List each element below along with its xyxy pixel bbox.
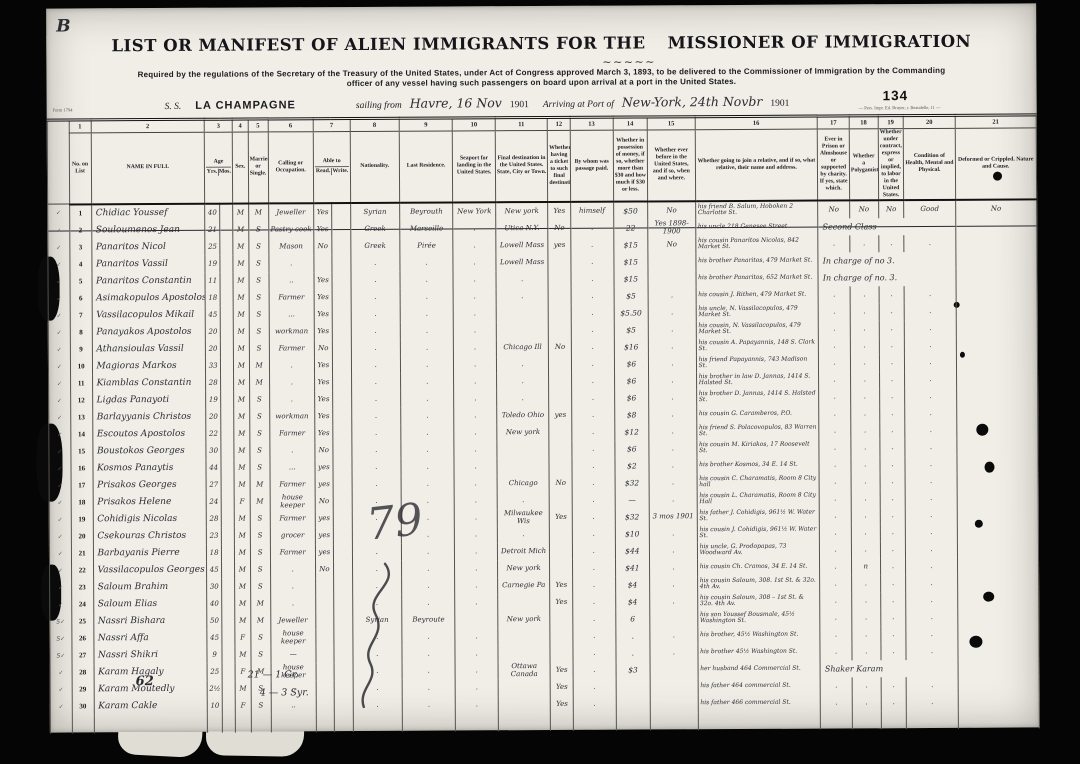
cell-nationality: . xyxy=(351,441,401,458)
cell-married: M xyxy=(250,595,270,612)
cell-polygamist: . xyxy=(852,609,881,626)
cell-polygamist: . xyxy=(851,456,880,473)
row-check-mark: ✓ xyxy=(49,545,71,562)
cell-read: Yes xyxy=(314,221,332,238)
cell-destination xyxy=(496,305,548,322)
cell-polygamist: . xyxy=(852,592,881,609)
cell-before_us xyxy=(650,678,698,695)
cell-before_us: . xyxy=(648,304,696,321)
cell-sex: M xyxy=(234,459,250,476)
cell-no: 6 xyxy=(70,290,92,307)
cell-before_us: . xyxy=(649,457,697,474)
cell-polygamist: . xyxy=(850,235,879,252)
cell-contract: . xyxy=(881,643,907,660)
cell-married: S xyxy=(250,527,270,544)
cell-deformed xyxy=(956,404,1037,421)
column-subheader: Yrs. xyxy=(206,169,218,176)
column-header-contract: Whether under contract, express or impli… xyxy=(878,129,904,200)
cell-seaport: . xyxy=(455,594,498,611)
cell-mos xyxy=(220,289,233,306)
cell-calling: . xyxy=(269,374,315,391)
sailing-from-label: sailing from xyxy=(356,101,402,111)
cell-married: S xyxy=(249,238,269,255)
cell-sex: F xyxy=(235,697,251,714)
cell-seaport: . xyxy=(454,305,497,322)
cell-no: 22 xyxy=(71,562,93,579)
cell-money: $5.50 xyxy=(614,304,649,321)
cell-deformed xyxy=(956,302,1037,319)
cell-contract: . xyxy=(880,575,906,592)
column-number: 18 xyxy=(849,116,878,129)
cell-seaport: . xyxy=(455,560,498,577)
cell-sex: M xyxy=(233,374,249,391)
cell-relative: his son Youssef Bousmale, 45½ Washington… xyxy=(697,609,820,627)
cell-paid_by: . xyxy=(572,491,615,508)
cell-name: Saloum Brahim xyxy=(93,578,207,596)
cell-sex: M xyxy=(235,646,251,663)
row-check-mark: ✓ xyxy=(48,341,70,358)
cell-paid_by: . xyxy=(572,542,615,559)
cell-no: 1 xyxy=(69,204,91,222)
cell-before_us: . xyxy=(649,355,697,372)
cell-calling: .. xyxy=(268,272,314,289)
cell-residence: . xyxy=(401,441,454,458)
cell-residence: . xyxy=(400,305,453,322)
cell-ticket xyxy=(549,423,572,440)
cell-before_us xyxy=(648,270,696,287)
cell-health: Good xyxy=(904,199,956,217)
cell-nationality: . xyxy=(351,322,401,339)
cell-destination: Lowell Mass xyxy=(496,254,548,271)
cell-destination: New york xyxy=(496,202,548,220)
cell-money: $5 xyxy=(614,321,649,338)
cell-mos xyxy=(222,561,235,578)
cell-destination: . xyxy=(496,288,548,305)
cell-destination: . xyxy=(497,491,549,508)
cell-paid_by: . xyxy=(573,627,616,644)
cell-sex: M xyxy=(233,340,249,357)
cell-read xyxy=(316,663,334,680)
cell-yrs: 40 xyxy=(205,203,220,221)
row-check-mark: ✓ xyxy=(48,324,70,341)
cell-relative: his brother 45½ Washington St. xyxy=(698,643,821,661)
cell-read: yes xyxy=(315,476,333,493)
cell-calling: Jeweller xyxy=(270,612,316,629)
cell-deformed xyxy=(958,659,1039,676)
cell-ticket: yes xyxy=(548,236,571,253)
cell-relative: his cousin J. Rithen, 479 Market St. xyxy=(696,286,819,304)
cell-sex: F xyxy=(235,629,251,646)
cell-name: Nassri Affa xyxy=(93,629,207,647)
cell-yrs: 45 xyxy=(207,561,222,578)
cell-destination: . xyxy=(497,525,549,542)
cell-health: . xyxy=(905,489,957,506)
cell-prison: . xyxy=(819,473,851,490)
cell-ticket: No xyxy=(549,474,572,491)
cell-seaport: . xyxy=(455,492,498,509)
cell-no: 24 xyxy=(71,596,93,613)
cell-prison: . xyxy=(819,354,851,371)
cell-read: Yes xyxy=(314,306,332,323)
cell-ticket: Yes xyxy=(548,201,571,219)
cell-contract: . xyxy=(880,592,906,609)
cell-money: — xyxy=(615,491,650,508)
cell-polygamist: . xyxy=(851,524,880,541)
row-check-mark: ✓ xyxy=(48,204,70,222)
cell-destination xyxy=(498,695,550,712)
cell-before_us: . xyxy=(649,491,697,508)
cell-nationality: Syrian xyxy=(350,202,400,220)
cell-deformed xyxy=(957,489,1038,506)
row-check-mark: ✓ xyxy=(49,426,71,443)
cell-prison: . xyxy=(820,626,852,643)
column-header-relative: Whether going to join a relative, and if… xyxy=(695,129,818,201)
cell-before_us: . xyxy=(650,627,698,644)
cell-sex: M xyxy=(234,561,250,578)
cell-money: $10 xyxy=(615,525,650,542)
cell-no: 9 xyxy=(70,341,92,358)
cell-money: $44 xyxy=(615,542,650,559)
cell-married: S xyxy=(249,323,269,340)
cell-contract: . xyxy=(879,286,905,303)
cell-calling: Jeweller xyxy=(268,203,314,221)
cell-polygamist: . xyxy=(850,337,879,354)
cell-health: . xyxy=(904,302,956,319)
cell-mos xyxy=(220,272,233,289)
cell-name: Vassilacopulos Mikail xyxy=(92,306,206,324)
cell-relative: his uncle 218 Genesee Street xyxy=(695,218,818,236)
cell-write xyxy=(333,476,352,493)
cell-health: . xyxy=(905,438,957,455)
cell-sex: F xyxy=(234,493,250,510)
cell-money: $5 xyxy=(614,287,649,304)
cell-polygamist: . xyxy=(851,541,880,558)
cell-write xyxy=(333,493,352,510)
cell-married: S xyxy=(250,425,270,442)
cell-paid_by: . xyxy=(571,321,614,338)
cell-sex: M xyxy=(235,578,251,595)
cell-no: 21 xyxy=(71,545,93,562)
cell-married: S xyxy=(250,459,270,476)
cell-mos xyxy=(222,595,235,612)
cell-married: S xyxy=(249,340,269,357)
column-number: 10 xyxy=(453,118,496,131)
page-title: LIST OR MANIFEST OF ALIEN IMMIGRANTS FOR… xyxy=(46,31,1036,55)
column-header-residence: Last Residence. xyxy=(399,131,453,202)
column-subheader: Write. xyxy=(331,168,348,175)
cell-seaport: . xyxy=(455,662,498,679)
cell-nationality: . xyxy=(350,254,400,271)
column-number: 4 xyxy=(232,119,248,132)
cell-paid_by: . xyxy=(571,236,614,253)
cell-yrs: 45 xyxy=(205,306,220,323)
cell-married: S xyxy=(250,544,270,561)
cell-paid_by: . xyxy=(573,593,616,610)
cell-sex: M xyxy=(233,323,249,340)
cell-sex: M xyxy=(233,357,249,374)
cell-married: M xyxy=(248,203,268,221)
cell-ticket xyxy=(548,287,571,304)
column-header-calling: Calling or Occupation. xyxy=(268,132,314,203)
cell-calling: house keeper xyxy=(270,493,316,510)
cell-calling: Farmer xyxy=(269,289,315,306)
cell-write xyxy=(332,221,351,238)
cell-married: S xyxy=(248,221,268,238)
cell-money: . xyxy=(615,627,650,644)
cell-money: $15 xyxy=(613,253,648,270)
cell-polygamist: No xyxy=(850,200,879,218)
cell-deformed xyxy=(957,540,1038,557)
cell-residence: Beyrouth xyxy=(400,202,453,220)
cell-married: S xyxy=(251,697,271,714)
cell-seaport: . xyxy=(455,577,498,594)
cell-nationality: . xyxy=(351,305,401,322)
cell-ticket: yes xyxy=(549,406,572,423)
cell-read: Yes xyxy=(314,323,332,340)
cell-health: . xyxy=(906,540,958,557)
cell-before_us: . xyxy=(650,593,698,610)
cell-polygamist: . xyxy=(850,303,879,320)
cell-yrs: 45 xyxy=(207,629,222,646)
cell-mos xyxy=(221,391,234,408)
column-number: 20 xyxy=(903,115,954,128)
cell-mos xyxy=(222,578,235,595)
cell-destination xyxy=(498,627,550,644)
cell-read xyxy=(316,697,334,714)
cell-nationality: Greek xyxy=(350,237,400,254)
cell-deformed xyxy=(958,642,1039,659)
cell-married: S xyxy=(250,578,270,595)
cell-health: . xyxy=(906,608,958,625)
title-left: LIST OR MANIFEST OF ALIEN IMMIGRANTS FOR… xyxy=(111,33,645,55)
cell-nationality: . xyxy=(351,356,401,373)
cell-contract: . xyxy=(880,473,906,490)
cell-contract: . xyxy=(879,388,905,405)
cell-no: 7 xyxy=(70,307,92,324)
cell-sex: M xyxy=(233,221,249,238)
cell-contract: . xyxy=(881,677,907,694)
cell-polygamist: . xyxy=(850,320,879,337)
cell-contract: . xyxy=(881,694,907,711)
cell-relative: his cousin A. Papayannis, 148 S. Clark S… xyxy=(696,337,819,355)
cell-deformed xyxy=(958,676,1039,693)
cell-married: M xyxy=(250,493,270,510)
row-check-mark: ✓ xyxy=(49,528,71,545)
cell-paid_by: . xyxy=(572,440,615,457)
cell-contract: . xyxy=(880,558,906,575)
row-check-mark: ✓ xyxy=(49,409,71,426)
cell-nationality: . xyxy=(351,424,401,441)
row-check-mark: ✓ xyxy=(50,698,72,715)
cell-money: $41 xyxy=(615,559,650,576)
cell-name: Csekouras Christos xyxy=(93,527,207,545)
cell-relative: his brother D. Jannas, 1414 S. Halsted S… xyxy=(696,388,819,406)
cell-prison: No xyxy=(818,200,850,218)
column-number: 2 xyxy=(91,119,205,133)
required-by-text: Required by the regulations of the Secre… xyxy=(86,66,997,92)
cell-relative: his cousin M. Kiriakos, 17 Roosevelt St. xyxy=(697,439,820,457)
cell-before_us: . xyxy=(650,542,698,559)
cell-polygamist: . xyxy=(851,490,880,507)
cell-no: 25 xyxy=(72,613,94,630)
cell-sex: M xyxy=(233,203,249,221)
cell-relative: his cousin Panaritos Nicolas, 842 Market… xyxy=(695,235,818,253)
cell-before_us: . xyxy=(649,423,697,440)
tally-stamp: 62 xyxy=(136,674,154,689)
cell-prison: . xyxy=(820,643,852,660)
row-check-mark: ✓ xyxy=(48,222,70,239)
title-right: MISSIONER OF IMMIGRATION xyxy=(667,32,971,53)
cell-health: . xyxy=(907,693,959,710)
cell-destination: Ottawa Canada xyxy=(498,661,550,678)
cell-destination: . xyxy=(496,356,548,373)
ink-scrawl-number: 79 xyxy=(364,494,425,551)
cell-yrs: 24 xyxy=(206,493,221,510)
cell-no: 10 xyxy=(70,358,92,375)
cell-read: yes xyxy=(315,527,333,544)
cell-residence: . xyxy=(401,424,454,441)
column-number: 3 xyxy=(204,119,232,132)
cell-yrs: 50 xyxy=(207,612,222,629)
cell-name: Kiamblas Constantin xyxy=(92,374,206,392)
ss-label: S. S. xyxy=(165,102,182,112)
cell-married: S xyxy=(249,306,269,323)
cell-mos xyxy=(220,255,233,272)
cell-money: $4 xyxy=(615,576,650,593)
cell-calling: workman xyxy=(269,323,315,340)
column-header-seaport: Seaport for landing in the United States… xyxy=(453,131,496,202)
cell-read: yes xyxy=(315,544,333,561)
cell-health: . xyxy=(905,319,957,336)
cell-destination xyxy=(497,440,549,457)
cell-nationality: . xyxy=(351,288,401,305)
cell-seaport: . xyxy=(455,526,498,543)
cell-paid_by: . xyxy=(573,576,616,593)
cell-seaport: New York xyxy=(453,202,496,220)
column-number: 14 xyxy=(613,117,648,130)
cell-name: Prisakos Helene xyxy=(93,493,207,511)
cell-destination xyxy=(496,322,548,339)
cell-relative: his father J. Cohidigis, 961½ W. Water S… xyxy=(697,507,820,525)
cell-calling: workman xyxy=(269,408,315,425)
cell-yrs: 25 xyxy=(205,238,220,255)
cell-seaport: . xyxy=(454,441,497,458)
cell-contract: . xyxy=(879,405,905,422)
cell-mos xyxy=(222,646,235,663)
row-check-mark: ✓ xyxy=(48,239,70,256)
cell-mos xyxy=(221,527,234,544)
cell-deformed xyxy=(957,421,1038,438)
column-header-deformed: Deformed or Crippled. Nature and Cause. xyxy=(955,128,1037,199)
cell-before_us: . xyxy=(649,338,697,355)
cell-no: 2 xyxy=(69,222,91,239)
cell-ticket xyxy=(550,559,573,576)
cell-deformed xyxy=(957,557,1038,574)
cell-married: S xyxy=(249,408,269,425)
cell-deformed xyxy=(956,251,1037,268)
column-header-yrs: AgeYrs.Mos. xyxy=(205,132,233,203)
row-check-mark: ✓ xyxy=(48,290,70,307)
cell-read: No xyxy=(314,238,332,255)
cell-no: 17 xyxy=(71,477,93,494)
cell-sex: M xyxy=(234,476,250,493)
sheet-number-stamp: 134 xyxy=(883,88,909,103)
cell-paid_by: . xyxy=(572,474,615,491)
cell-married: S xyxy=(249,255,269,272)
cell-paid_by: . xyxy=(571,355,614,372)
cell-calling: . xyxy=(270,578,316,595)
cell-yrs: 2½ xyxy=(207,680,222,697)
sailing-year: 1901 xyxy=(510,100,529,110)
cell-nationality: . xyxy=(351,373,401,390)
cell-write xyxy=(333,510,352,527)
cell-health: . xyxy=(905,404,957,421)
cell-yrs: 20 xyxy=(206,340,221,357)
sailing-port: Havre, 16 Nov xyxy=(410,95,502,110)
cell-sex: M xyxy=(233,306,249,323)
cell-polygamist: . xyxy=(850,371,879,388)
cell-destination: New york xyxy=(497,424,549,441)
cell-relative: his cousin Ch. Cramos, 34 E. 14 St. xyxy=(697,558,820,576)
cell-before_us: . xyxy=(649,372,697,389)
cell-read: Yes xyxy=(314,289,332,306)
cell-write xyxy=(333,442,352,459)
cell-residence: . xyxy=(400,288,453,305)
cell-seaport: . xyxy=(454,356,497,373)
cell-read: yes xyxy=(315,459,333,476)
cell-destination: Detroit Mich xyxy=(497,542,549,559)
cell-no: 11 xyxy=(70,375,92,392)
cell-prison: . xyxy=(819,422,851,439)
cell-money: $16 xyxy=(614,338,649,355)
cell-seaport: . xyxy=(455,645,498,662)
cell-contract: . xyxy=(880,524,906,541)
cell-name: Souloumenos Jean xyxy=(91,221,205,239)
cell-residence: . xyxy=(400,322,453,339)
cell-prison: . xyxy=(819,490,851,507)
cell-read xyxy=(316,629,334,646)
cell-calling: Farmer xyxy=(270,476,316,493)
cell-ticket xyxy=(550,610,573,627)
cell-write xyxy=(332,340,351,357)
column-header-destination: Final destination in the United States. … xyxy=(495,130,548,201)
cell-paid_by: . xyxy=(572,389,615,406)
column-header-no: No. on List xyxy=(69,133,91,204)
cell-nationality: . xyxy=(352,458,402,475)
cell-sex: M xyxy=(234,510,250,527)
cell-residence: . xyxy=(400,356,453,373)
cell-relative: his brother Panaritos, 479 Market St. xyxy=(696,252,819,270)
cell-yrs: 40 xyxy=(207,595,222,612)
cell-seaport: . xyxy=(453,271,496,288)
cell-seaport: . xyxy=(456,679,499,696)
cell-before_us: . xyxy=(649,440,697,457)
cell-paid_by: . xyxy=(573,695,616,712)
column-header-sex: Sex. xyxy=(232,132,248,203)
cell-contract: . xyxy=(879,422,905,439)
cell-relative: his brother Panaritos, 652 Market St. xyxy=(696,269,819,287)
cell-ticket: Yes xyxy=(550,576,573,593)
cell-note: In charge of no 3. xyxy=(818,251,956,269)
cell-paid_by: . xyxy=(571,270,614,287)
ink-flourish xyxy=(345,559,416,709)
cell-deformed xyxy=(955,217,1036,234)
cell-mos xyxy=(222,697,235,714)
cell-money: $6 xyxy=(614,372,649,389)
cell-read: No xyxy=(315,442,333,459)
cell-before_us: . xyxy=(648,321,696,338)
cell-destination xyxy=(498,593,550,610)
